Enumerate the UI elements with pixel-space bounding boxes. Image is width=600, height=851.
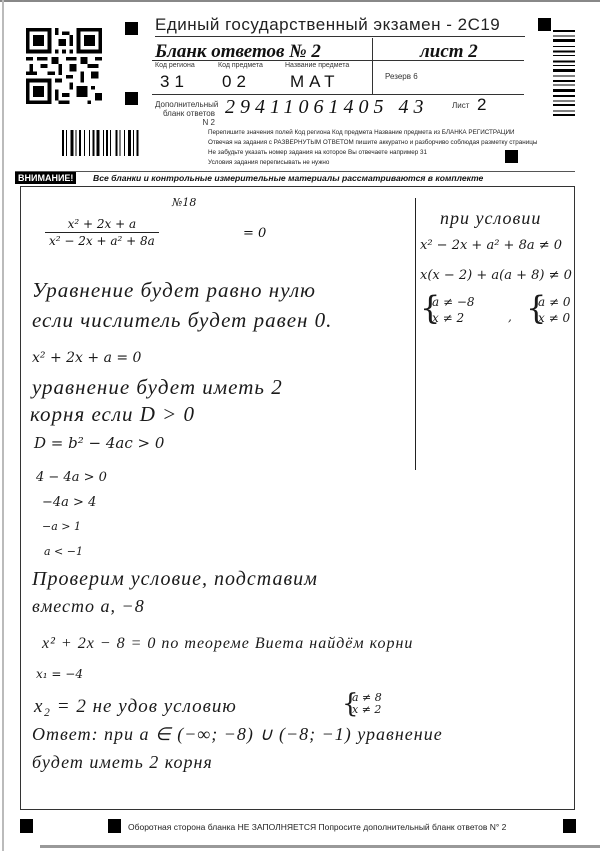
- solution-line: x² + 2x + a = 0: [32, 350, 141, 366]
- divider: [372, 38, 373, 94]
- page-edge-left: [2, 0, 4, 851]
- region-label: Код региона: [155, 62, 195, 69]
- registration-mark: [538, 18, 551, 31]
- condition-line: x² − 2x + a² + 8a ≠ 0: [420, 238, 562, 253]
- fraction-denominator: x² − 2x + a² + 8a: [45, 234, 159, 248]
- separator-comma: ,: [508, 310, 512, 324]
- subject-name-value: МАТ: [290, 72, 340, 92]
- registration-mark: [20, 819, 33, 833]
- solution-line: уравнение будет иметь 2: [32, 375, 283, 400]
- equation-fraction: x² + 2x + a x² − 2x + a² + 8a: [45, 217, 159, 248]
- condition-system: { a ≠ 0 x ≠ 0: [538, 294, 570, 326]
- registration-mark: [125, 92, 138, 105]
- reserve: Резерв 6: [385, 72, 418, 81]
- divider: [152, 94, 524, 95]
- instruction-line: Перепишите значения полей Код региона Ко…: [208, 128, 548, 138]
- solution-line: корня если D > 0: [30, 402, 195, 427]
- solution-line: D = b² − 4ac > 0: [34, 434, 164, 452]
- barcode-vertical: [553, 30, 575, 155]
- solution-line: вместо a, −8: [32, 596, 145, 617]
- answer-line: будет иметь 2 корня: [32, 752, 213, 773]
- fraction-rhs: = 0: [243, 226, 266, 241]
- solution-line: x² + 2x − 8 = 0 по теореме Виета найдём …: [42, 635, 413, 653]
- brace-icon: {: [420, 292, 440, 324]
- subject-name-label: Название предмета: [285, 62, 349, 69]
- solution-line: Уравнение будет равно нулю: [32, 278, 316, 303]
- region-value: 31: [160, 72, 189, 92]
- solution-line: x₂ = 2 не удов условию: [34, 696, 237, 718]
- solution-line: −a > 1: [42, 520, 81, 533]
- column-divider: [415, 198, 416, 470]
- exam-title: Единый государственный экзамен - 2С19: [155, 15, 525, 37]
- solution-line: x₁ = −4: [36, 667, 83, 681]
- qr-code: [26, 28, 102, 104]
- condition-heading: при условии: [440, 208, 541, 229]
- attention-bar: ВНИМАНИЕ! Все бланки и контрольные измер…: [15, 172, 435, 184]
- solution-line: 4 − 4a > 0: [36, 470, 107, 485]
- subject-code-value: 02: [222, 72, 251, 92]
- subject-code-label: Код предмета: [218, 62, 263, 69]
- divider: [152, 60, 524, 61]
- instructions: Перепишите значения полей Код региона Ко…: [208, 128, 548, 168]
- solution-line: a < −1: [44, 545, 83, 558]
- attention-label: ВНИМАНИЕ!: [15, 172, 76, 184]
- solution-line: Проверим условие, подставим: [32, 568, 318, 591]
- instruction-line: Условия задания переписывать не нужно: [208, 158, 548, 168]
- list-value: 2: [477, 95, 486, 115]
- barcode: [62, 130, 147, 156]
- registration-mark: [125, 22, 138, 35]
- solution-line: если числитель будет равен 0.: [32, 308, 332, 333]
- brace-condition: { a ≠ 8 x ≠ 2: [352, 692, 382, 716]
- fraction-numerator: x² + 2x + a: [45, 217, 159, 231]
- brace-icon: {: [526, 292, 546, 324]
- condition-line: x(x − 2) + a(a + 8) ≠ 0: [420, 268, 572, 283]
- instruction-line: Отвечая на задания с РАЗВЕРНУТЫМ ОТВЕТОМ…: [208, 138, 548, 148]
- condition-system: { a ≠ −8 x ≠ 2: [432, 294, 475, 326]
- page-edge-top: [0, 0, 600, 2]
- solution-line: −4a > 4: [42, 495, 96, 510]
- registration-mark: [108, 819, 121, 833]
- additional-blank-label: Дополнительный бланк ответов N 2: [155, 100, 215, 127]
- task-number: №18: [172, 196, 196, 209]
- additional-blank-number: 29411061405 43: [225, 96, 429, 119]
- list-label: Лист: [452, 101, 469, 110]
- answer-line: Ответ: при a ∈ (−∞; −8) ∪ (−8; −1) уравн…: [32, 724, 443, 745]
- page-edge-bottom: [40, 845, 600, 848]
- footer-note: Оборотная сторона бланка НЕ ЗАПОЛНЯЕТСЯ …: [128, 822, 506, 832]
- attention-text: Все бланки и контрольные измерительные м…: [93, 172, 483, 184]
- instruction-line: Не забудьте указать номер задания на кот…: [208, 148, 548, 158]
- registration-mark: [563, 819, 576, 833]
- fraction-bar: [45, 232, 159, 233]
- brace-icon: {: [342, 692, 359, 716]
